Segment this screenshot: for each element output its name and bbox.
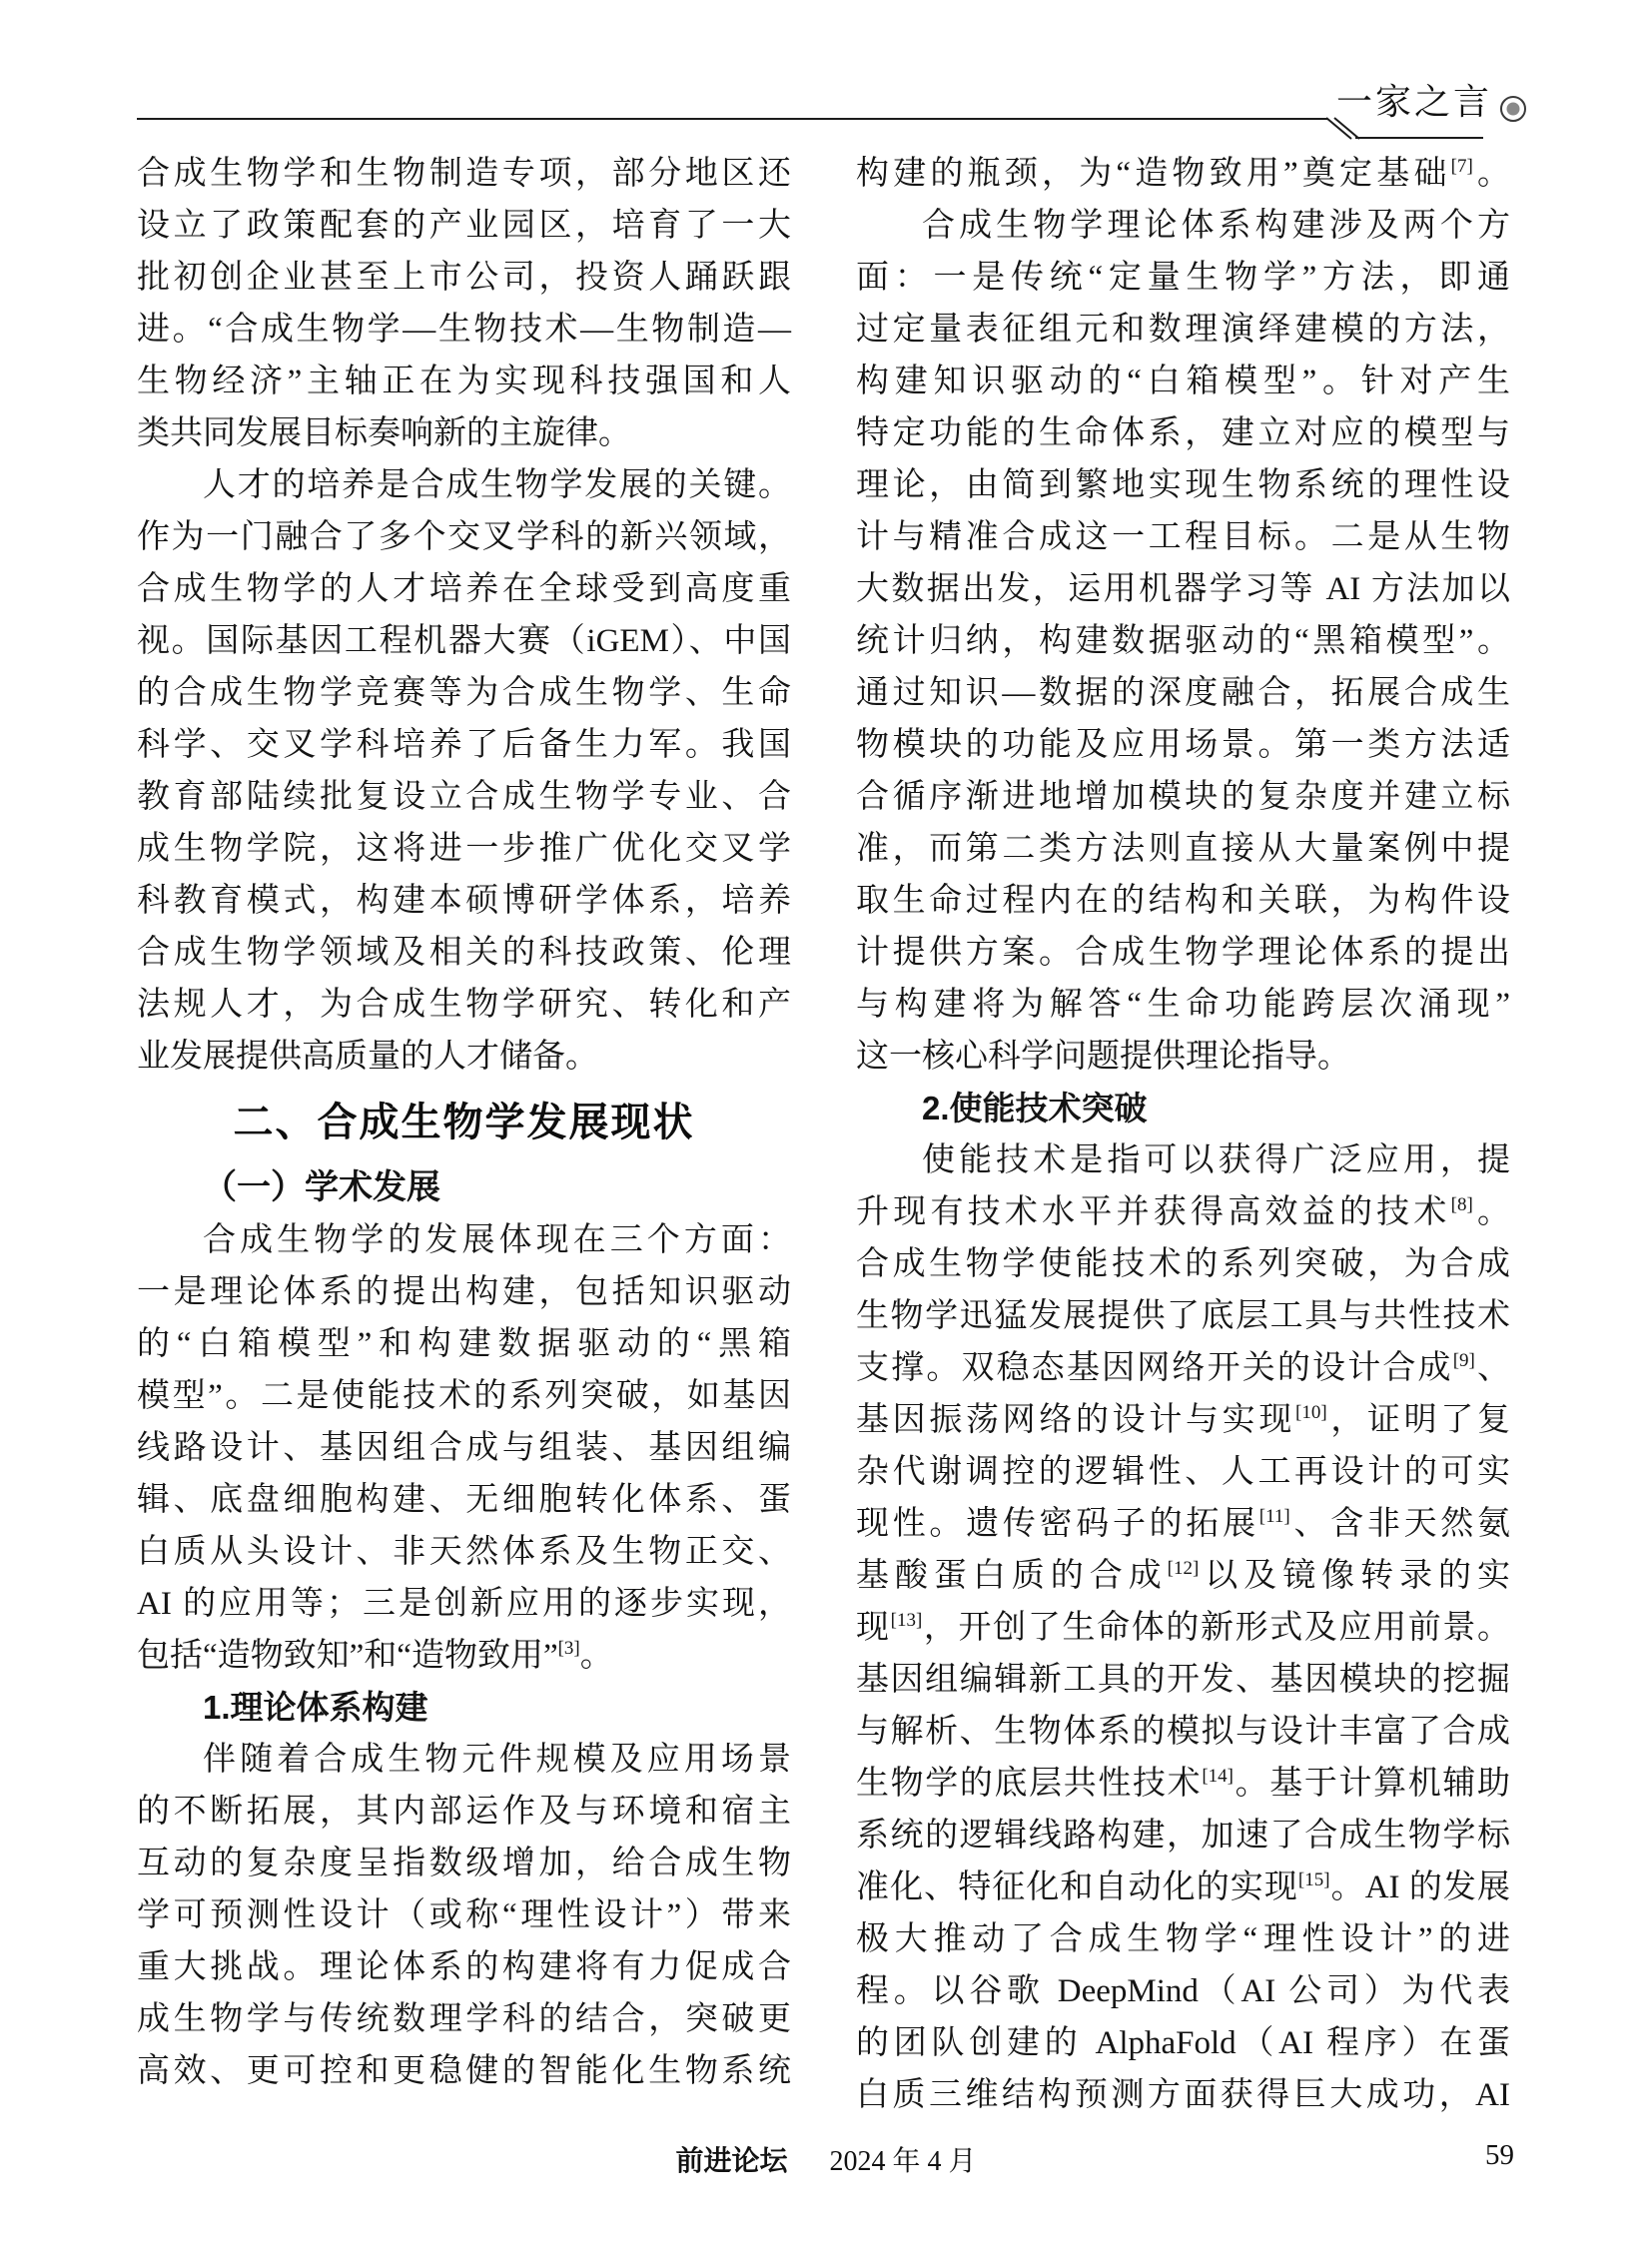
paragraph-line: 生物学迅猛发展提供了底层工具与共性技术: [856, 1290, 1510, 1342]
paragraph: 合成生物学的发展体现在三个方面：一是理论体系的提出构建，包括知识驱动的“白箱模型…: [137, 1214, 791, 1682]
paragraph-line: 教育部陆续批复设立合成生物学专业、合: [137, 771, 791, 823]
paragraph-line: 准化、特征化和自动化的实现[15]。AI 的发展: [856, 1862, 1510, 1913]
citation-superscript: [10]: [1295, 1402, 1327, 1423]
paragraph-line: 学可预测性设计（或称“理性设计”）带来: [137, 1889, 791, 1941]
header-rule-main: [137, 118, 1327, 120]
paragraph-line: 人才的培养是合成生物学发展的关键。: [137, 459, 791, 511]
paragraph-line: 程。以谷歌 DeepMind（AI 公司）为代表: [856, 1965, 1510, 2017]
citation-superscript: [9]: [1453, 1350, 1475, 1371]
paragraph-line: 生物学的底层共性技术[14]。基于计算机辅助: [856, 1758, 1510, 1810]
paragraph-line: 取生命过程内在的结构和关联，为构件设: [856, 875, 1510, 927]
paragraph-line: 合成生物学的人才培养在全球受到高度重: [137, 563, 791, 615]
citation-superscript: [11]: [1259, 1506, 1290, 1527]
paragraph-line: 合成生物学的发展体现在三个方面：: [137, 1214, 791, 1266]
paragraph-line: 高效、更可控和更稳健的智能化生物系统: [137, 2045, 791, 2097]
citation-superscript: [7]: [1451, 156, 1473, 177]
paragraph-line: 法规人才，为合成生物学研究、转化和产: [137, 979, 791, 1031]
paragraph-line: 白质从头设计、非天然体系及生物正交、: [137, 1526, 791, 1578]
citation-superscript: [8]: [1451, 1194, 1473, 1215]
paragraph-line: 业发展提供高质量的人才储备。: [137, 1031, 791, 1083]
paragraph-line: 的团队创建的 AlphaFold（AI 程序）在蛋: [856, 2017, 1510, 2069]
right-column: 构建的瓶颈，为“造物致用”奠定基础[7]。合成生物学理论体系构建涉及两个方面：一…: [856, 148, 1510, 2121]
paragraph-line: 杂代谢调控的逻辑性、人工再设计的可实: [856, 1446, 1510, 1498]
paragraph-line: 辑、底盘细胞构建、无细胞转化体系、蛋: [137, 1474, 791, 1526]
header-rule-sub: [1355, 137, 1483, 139]
paragraph-line: 过定量表征组元和数理演绎建模的方法，: [856, 304, 1510, 356]
paragraph-line: 计与精准合成这一工程目标。二是从生物: [856, 511, 1510, 563]
paragraph-line: 视。国际基因工程机器大赛（iGEM）、中国: [137, 615, 791, 667]
citation-superscript: [13]: [891, 1610, 923, 1631]
paragraph-line: 现[13]，开创了生命体的新形式及应用前景。: [856, 1602, 1510, 1654]
paragraph-line: 物模块的功能及应用场景。第一类方法适: [856, 719, 1510, 771]
paragraph-line: 基酸蛋白质的合成[12]以及镜像转录的实: [856, 1550, 1510, 1602]
paragraph-line: 合成生物学领域及相关的科技政策、伦理: [137, 927, 791, 979]
paragraph-line: 大数据出发，运用机器学习等 AI 方法加以: [856, 563, 1510, 615]
paragraph-line: 这一核心科学问题提供理论指导。: [856, 1031, 1510, 1083]
bullseye-icon: [1500, 96, 1526, 122]
numbered-heading: 1.理论体系构建: [137, 1682, 791, 1734]
paragraph-line: 一是理论体系的提出构建，包括知识驱动: [137, 1266, 791, 1318]
paragraph: 使能技术是指可以获得广泛应用，提升现有技术水平并获得高效益的技术[8]。合成生物…: [856, 1134, 1510, 2121]
paragraph-line: 批初创企业甚至上市公司，投资人踊跃跟: [137, 252, 791, 304]
paragraph-line: 现性。遗传密码子的拓展[11]、含非天然氨: [856, 1498, 1510, 1550]
issue-date: 2024 年 4 月: [830, 2146, 977, 2177]
citation-superscript: [12]: [1168, 1558, 1200, 1579]
paragraph-line: 合成生物学使能技术的系列突破，为合成: [856, 1238, 1510, 1290]
paragraph-line: 线路设计、基因组合成与组装、基因组编: [137, 1422, 791, 1474]
paragraph: 合成生物学理论体系构建涉及两个方面：一是传统“定量生物学”方法，即通过定量表征组…: [856, 200, 1510, 1083]
paragraph-line: 基因组编辑新工具的开发、基因模块的挖掘: [856, 1654, 1510, 1706]
paragraph-line: 理论，由简到繁地实现生物系统的理性设: [856, 459, 1510, 511]
body-columns: 合成生物学和生物制造专项，部分地区还设立了政策配套的产业园区，培育了一大批初创企…: [137, 148, 1510, 2121]
paragraph-line: 构建知识驱动的“白箱模型”。针对产生: [856, 356, 1510, 407]
paragraph-line: 合成生物学理论体系构建涉及两个方: [856, 200, 1510, 252]
paragraph: 构建的瓶颈，为“造物致用”奠定基础[7]。: [856, 148, 1510, 200]
journal-page: 一家之言 合成生物学和生物制造专项，部分地区还设立了政策配套的产业园区，培育了一…: [0, 0, 1652, 2242]
paragraph-line: 进。“合成生物学—生物技术—生物制造—: [137, 304, 791, 356]
paragraph-line: 系统的逻辑线路构建，加速了合成生物学标: [856, 1810, 1510, 1862]
page-number: 59: [1485, 2139, 1514, 2172]
paragraph-line: 准，而第二类方法则直接从大量案例中提: [856, 823, 1510, 875]
paragraph-line: 合成生物学和生物制造专项，部分地区还: [137, 148, 791, 200]
paragraph-line: 升现有技术水平并获得高效益的技术[8]。: [856, 1186, 1510, 1238]
subsection-heading: （一）学术发展: [137, 1162, 791, 1214]
paragraph-line: 的“白箱模型”和构建数据驱动的“黑箱: [137, 1318, 791, 1370]
paragraph-line: 统计归纳，构建数据驱动的“黑箱模型”。: [856, 615, 1510, 667]
paragraph-line: 支撑。双稳态基因网络开关的设计合成[9]、: [856, 1342, 1510, 1394]
paragraph: 人才的培养是合成生物学发展的关键。作为一门融合了多个交叉学科的新兴领域，合成生物…: [137, 459, 791, 1083]
paragraph-line: 重大挑战。理论体系的构建将有力促成合: [137, 1941, 791, 1993]
paragraph-line: 作为一门融合了多个交叉学科的新兴领域，: [137, 511, 791, 563]
paragraph-line: 计提供方案。合成生物学理论体系的提出: [856, 927, 1510, 979]
paragraph-line: 特定功能的生命体系，建立对应的模型与: [856, 407, 1510, 459]
paragraph-line: 通过知识—数据的深度融合，拓展合成生: [856, 667, 1510, 719]
paragraph-line: AI 的应用等；三是创新应用的逐步实现，: [137, 1578, 791, 1630]
paragraph: 伴随着合成生物元件规模及应用场景的不断拓展，其内部运作及与环境和宿主互动的复杂度…: [137, 1734, 791, 2097]
paragraph: 合成生物学和生物制造专项，部分地区还设立了政策配套的产业园区，培育了一大批初创企…: [137, 148, 791, 459]
citation-superscript: [14]: [1202, 1766, 1234, 1787]
paragraph-line: 白质三维结构预测方面获得巨大成功，AI: [856, 2069, 1510, 2121]
paragraph-line: 类共同发展目标奏响新的主旋律。: [137, 407, 791, 459]
citation-superscript: [15]: [1298, 1869, 1330, 1890]
left-column: 合成生物学和生物制造专项，部分地区还设立了政策配套的产业园区，培育了一大批初创企…: [137, 148, 791, 2121]
paragraph-line: 与解析、生物体系的模拟与设计丰富了合成: [856, 1706, 1510, 1758]
paragraph-line: 的合成生物学竞赛等为合成生物学、生命: [137, 667, 791, 719]
paragraph-line: 的不断拓展，其内部运作及与环境和宿主: [137, 1786, 791, 1838]
paragraph-line: 科教育模式，构建本硕博研学体系，培养: [137, 875, 791, 927]
section-heading: 二、合成生物学发展现状: [137, 1083, 791, 1162]
paragraph-line: 面：一是传统“定量生物学”方法，即通: [856, 252, 1510, 304]
paragraph-line: 包括“造物致知”和“造物致用”[3]。: [137, 1630, 791, 1682]
numbered-heading: 2.使能技术突破: [856, 1083, 1510, 1134]
paragraph-line: 模型”。二是使能技术的系列突破，如基因: [137, 1370, 791, 1422]
paragraph-line: 互动的复杂度呈指数级增加，给合成生物: [137, 1838, 791, 1889]
paragraph-line: 使能技术是指可以获得广泛应用，提: [856, 1134, 1510, 1186]
paragraph-line: 科学、交叉学科培养了后备生力军。我国: [137, 719, 791, 771]
citation-superscript: [3]: [558, 1638, 580, 1659]
bullseye-dot: [1507, 103, 1520, 116]
column-title: 一家之言: [1336, 82, 1492, 122]
footer: 前进论坛 2024 年 4 月: [0, 2139, 1652, 2179]
paragraph-line: 基因振荡网络的设计与实现[10]，证明了复: [856, 1394, 1510, 1446]
paragraph-line: 极大推动了合成生物学“理性设计”的进: [856, 1913, 1510, 1965]
paragraph-line: 生物经济”主轴正在为实现科技强国和人: [137, 356, 791, 407]
paragraph-line: 构建的瓶颈，为“造物致用”奠定基础[7]。: [856, 148, 1510, 200]
paragraph-line: 合循序渐进地增加模块的复杂度并建立标: [856, 771, 1510, 823]
paragraph-line: 伴随着合成生物元件规模及应用场景: [137, 1734, 791, 1786]
paragraph-line: 设立了政策配套的产业园区，培育了一大: [137, 200, 791, 252]
paragraph-line: 与构建将为解答“生命功能跨层次涌现”: [856, 979, 1510, 1031]
paragraph-line: 成生物学院，这将进一步推广优化交叉学: [137, 823, 791, 875]
journal-name: 前进论坛: [675, 2145, 787, 2176]
paragraph-line: 成生物学与传统数理学科的结合，突破更: [137, 1993, 791, 2045]
